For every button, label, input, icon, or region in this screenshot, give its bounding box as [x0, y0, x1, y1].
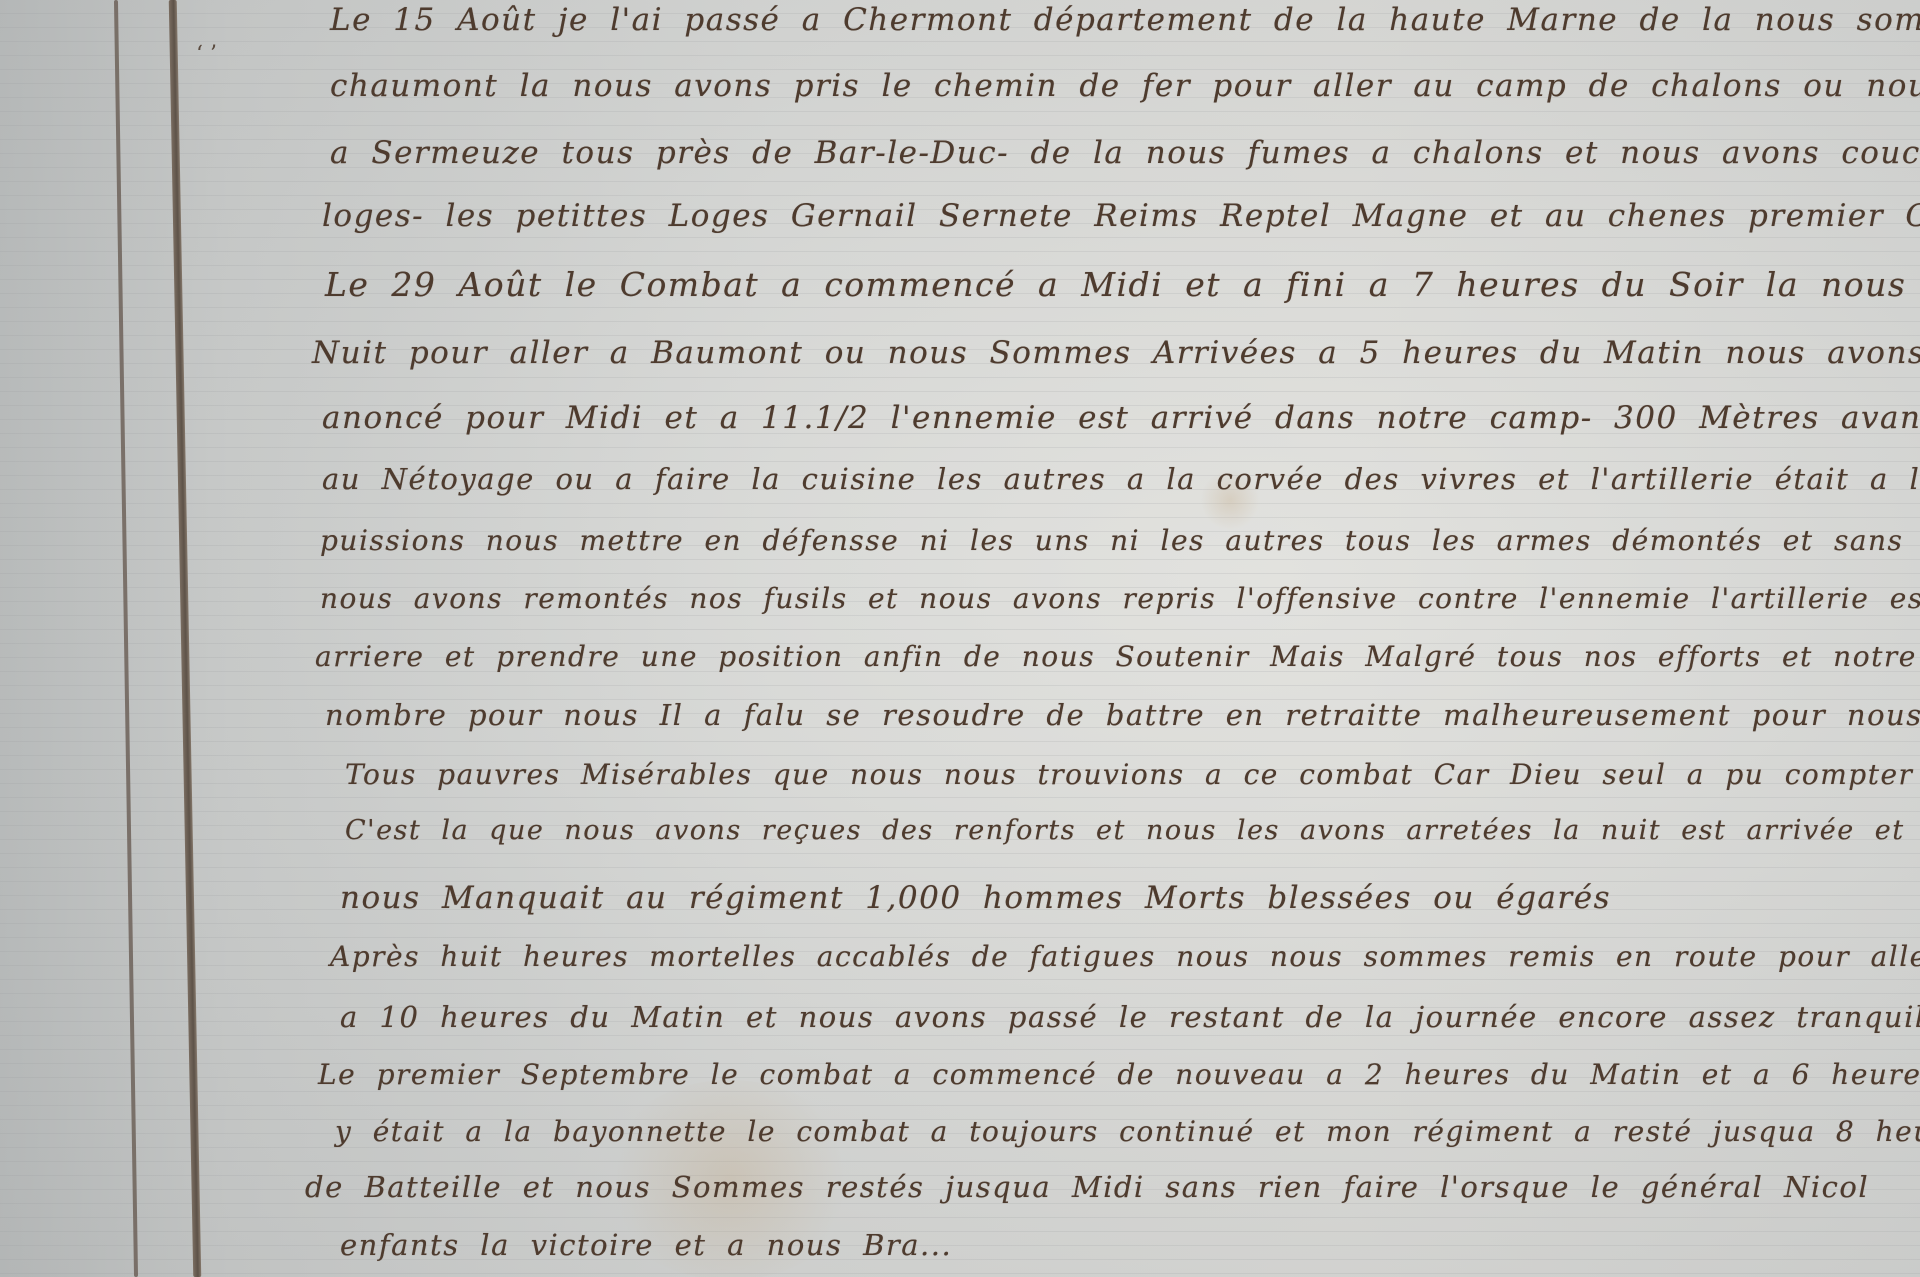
manuscript-line: nous Manquait au régiment 1,000 hommes M… — [340, 880, 1611, 916]
manuscript-line: a Sermeuze tous près de Bar-le-Duc- de l… — [330, 135, 1920, 171]
manuscript-line: C'est la que nous avons reçues des renfo… — [345, 815, 1920, 846]
manuscript-line: Le 15 Août je l'ai passé a Chermont dépa… — [330, 2, 1920, 38]
manuscript-line: nombre pour nous Il a falu se resoudre d… — [325, 698, 1920, 732]
manuscript-line: Tous pauvres Misérables que nous nous tr… — [345, 758, 1920, 791]
manuscript-line: Nuit pour aller a Baumont ou nous Sommes… — [312, 335, 1920, 371]
manuscript-line: Le premier Septembre le combat a commenc… — [318, 1058, 1920, 1091]
manuscript-photo: ‘ ’ Le 15 Août je l'ai passé a Chermont … — [0, 0, 1920, 1277]
manuscript-line: anoncé pour Midi et a 11.1/2 l'ennemie e… — [322, 400, 1920, 436]
manuscript-line: arriere et prendre une position anfin de… — [315, 640, 1920, 673]
manuscript-line: puissions nous mettre en défensse ni les… — [320, 524, 1920, 557]
manuscript-line: Le 29 Août le Combat a commencé a Midi e… — [325, 265, 1920, 304]
handwritten-text-block: Le 15 Août je l'ai passé a Chermont dépa… — [0, 0, 1920, 1277]
manuscript-line: a 10 heures du Matin et nous avons passé… — [340, 1000, 1920, 1034]
manuscript-line: Après huit heures mortelles accablés de … — [330, 940, 1920, 973]
manuscript-line: loges- les petittes Loges Gernail Sernet… — [322, 198, 1920, 234]
manuscript-line: chaumont la nous avons pris le chemin de… — [330, 68, 1920, 104]
manuscript-line: enfants la victoire et a nous Bra... — [340, 1228, 952, 1262]
manuscript-line: au Nétoyage ou a faire la cuisine les au… — [322, 462, 1920, 496]
manuscript-line: y était a la bayonnette le combat a touj… — [335, 1115, 1920, 1148]
manuscript-line: de Batteille et nous Sommes restés jusqu… — [305, 1170, 1869, 1204]
manuscript-line: nous avons remontés nos fusils et nous a… — [320, 582, 1920, 615]
